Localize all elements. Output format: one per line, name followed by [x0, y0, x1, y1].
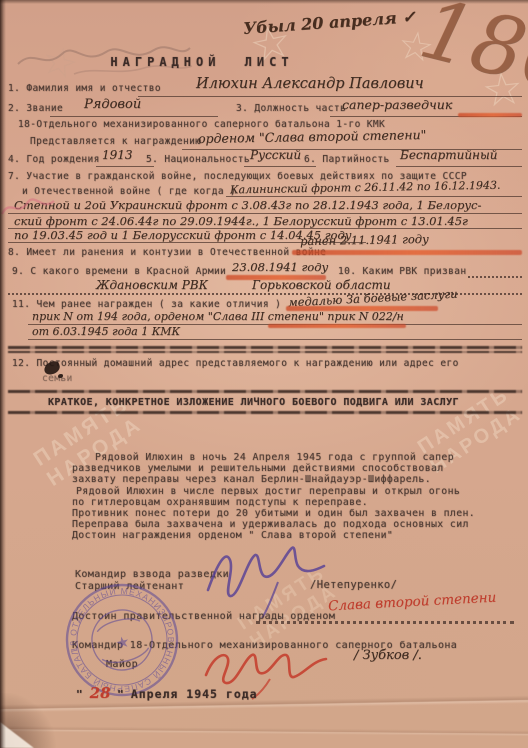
underline [226, 196, 522, 197]
dotted-leader [256, 621, 514, 624]
underline [50, 116, 218, 117]
underline [138, 96, 522, 97]
date-quote-close: " [117, 688, 124, 701]
divider [8, 351, 522, 353]
red-underline [268, 324, 406, 328]
date-line: " 28 " Апреля 1945 года [76, 684, 258, 702]
field-9-value: 23.08.1941 году [232, 260, 328, 274]
citation-line: Противник понес потери до 20 убитыми и о… [72, 508, 475, 519]
field-11-value-2: прик N от 194 года, орденом "Слава III с… [32, 310, 404, 323]
underline [28, 339, 522, 340]
date-day: 28 [90, 684, 111, 702]
divider [8, 346, 522, 349]
banner-rule [8, 390, 522, 393]
field-2-label: 2. Звание [8, 103, 63, 114]
field-10-value-1: Ждановским РВК [96, 278, 208, 292]
doc-title: НАГРАДНОЙ ЛИСТ [92, 55, 312, 69]
stamp-star-icon: ★ [113, 628, 132, 655]
field-11-value-3: от 6.03.1945 года 1 КМК [32, 325, 180, 338]
pink-margin-mark [0, 192, 56, 222]
corner-tear [0, 722, 34, 748]
field-4-value: 1913 [102, 148, 133, 162]
nagr-value: орденом "Слава второй степени" [198, 127, 427, 146]
banner-title: КРАТКОЕ, КОНКРЕТНОЕ ИЗЛОЖЕНИЕ ЛИЧНОГО БО… [48, 397, 459, 408]
field-8-value: ранен 2.11.1941 году [300, 232, 429, 248]
field-11-label: 11. Чем ранее награжден ( за какие отлич… [12, 299, 281, 310]
field-3-value: сапер-разведчик [342, 97, 452, 112]
field-10-value-2: Горьковской области [252, 278, 391, 292]
field-6-value: Беспартийный [400, 148, 497, 162]
field-12-label: 12. Постоянный домашний адрес представля… [12, 358, 459, 369]
red-underline [458, 113, 522, 117]
field-4-label: 4. Год рождения [8, 154, 100, 165]
citation-line: захвату переправы через канал Берлин-Шна… [72, 474, 431, 485]
award-sheet-scan: ПАМЯТЬ НАРОДА ПАМЯТЬ НАРОДА ПАМЯТЬ НАРОД… [0, 0, 528, 748]
field-7-value-2: Степной и 2ой Украинский фронт с 3.08.43… [14, 198, 481, 212]
field-7-value-3: ский фронт с 24.06.44г по 29.09.1944г., … [14, 214, 468, 228]
red-underline [292, 250, 522, 255]
citation-line: Переправа была захвачена и удерживалась … [72, 519, 469, 530]
field-2-value: Рядовой [84, 97, 141, 112]
dotted-leader [468, 276, 522, 278]
date-month-year: Апреля 1945 года [131, 687, 258, 701]
citation-line: Рядовой Илюхин в числе первых достиг пер… [76, 486, 460, 497]
paper-crease [0, 726, 528, 737]
banner-rule [8, 411, 522, 414]
approve-value: Слава второй степени [328, 590, 497, 615]
field-1-value: Илюхин Александр Павлович [196, 76, 424, 92]
underline [96, 166, 154, 167]
field-10-label: 10. Каким РВК призван [338, 266, 467, 277]
field-6-label: 6. Партийность [304, 154, 390, 165]
field-5-label: 5. Национальность [146, 154, 250, 165]
date-quote-open: " [76, 688, 83, 701]
nagr-label: Представляется к награждению [30, 136, 201, 147]
underline [244, 166, 316, 167]
citation-line: Рядовой Илюхин в ночь 24 Апреля 1945 год… [95, 452, 454, 463]
citation-line: Достоин награждения орденом " Слава втор… [72, 530, 393, 541]
underline [396, 166, 522, 167]
top-note: Убыл 20 апреля ✓ [243, 7, 417, 38]
field-3-label: 3. Должность часть [236, 103, 346, 114]
sig1-name: /Нетепуренко/ [310, 579, 397, 591]
citation-line: разведчиков умелыми и решительными дейст… [72, 463, 444, 474]
page-number: 180 [412, 0, 528, 106]
citation-line: по гитлеровцам охранявшим подступы к пер… [72, 497, 368, 508]
pencil-scribble [14, 30, 194, 78]
netepurenko-signature [200, 542, 330, 602]
field-1-label: 1. Фамилия имя и отчество [8, 83, 161, 94]
field-5-value: Русский [250, 148, 301, 162]
field-9-label: 9. С какого времени в Красной Армии [12, 266, 226, 277]
sig2-name-hand: / Зубков /. [354, 648, 422, 663]
field-8-label: 8. Имеет ли ранения и контузии в Отечест… [8, 247, 326, 258]
